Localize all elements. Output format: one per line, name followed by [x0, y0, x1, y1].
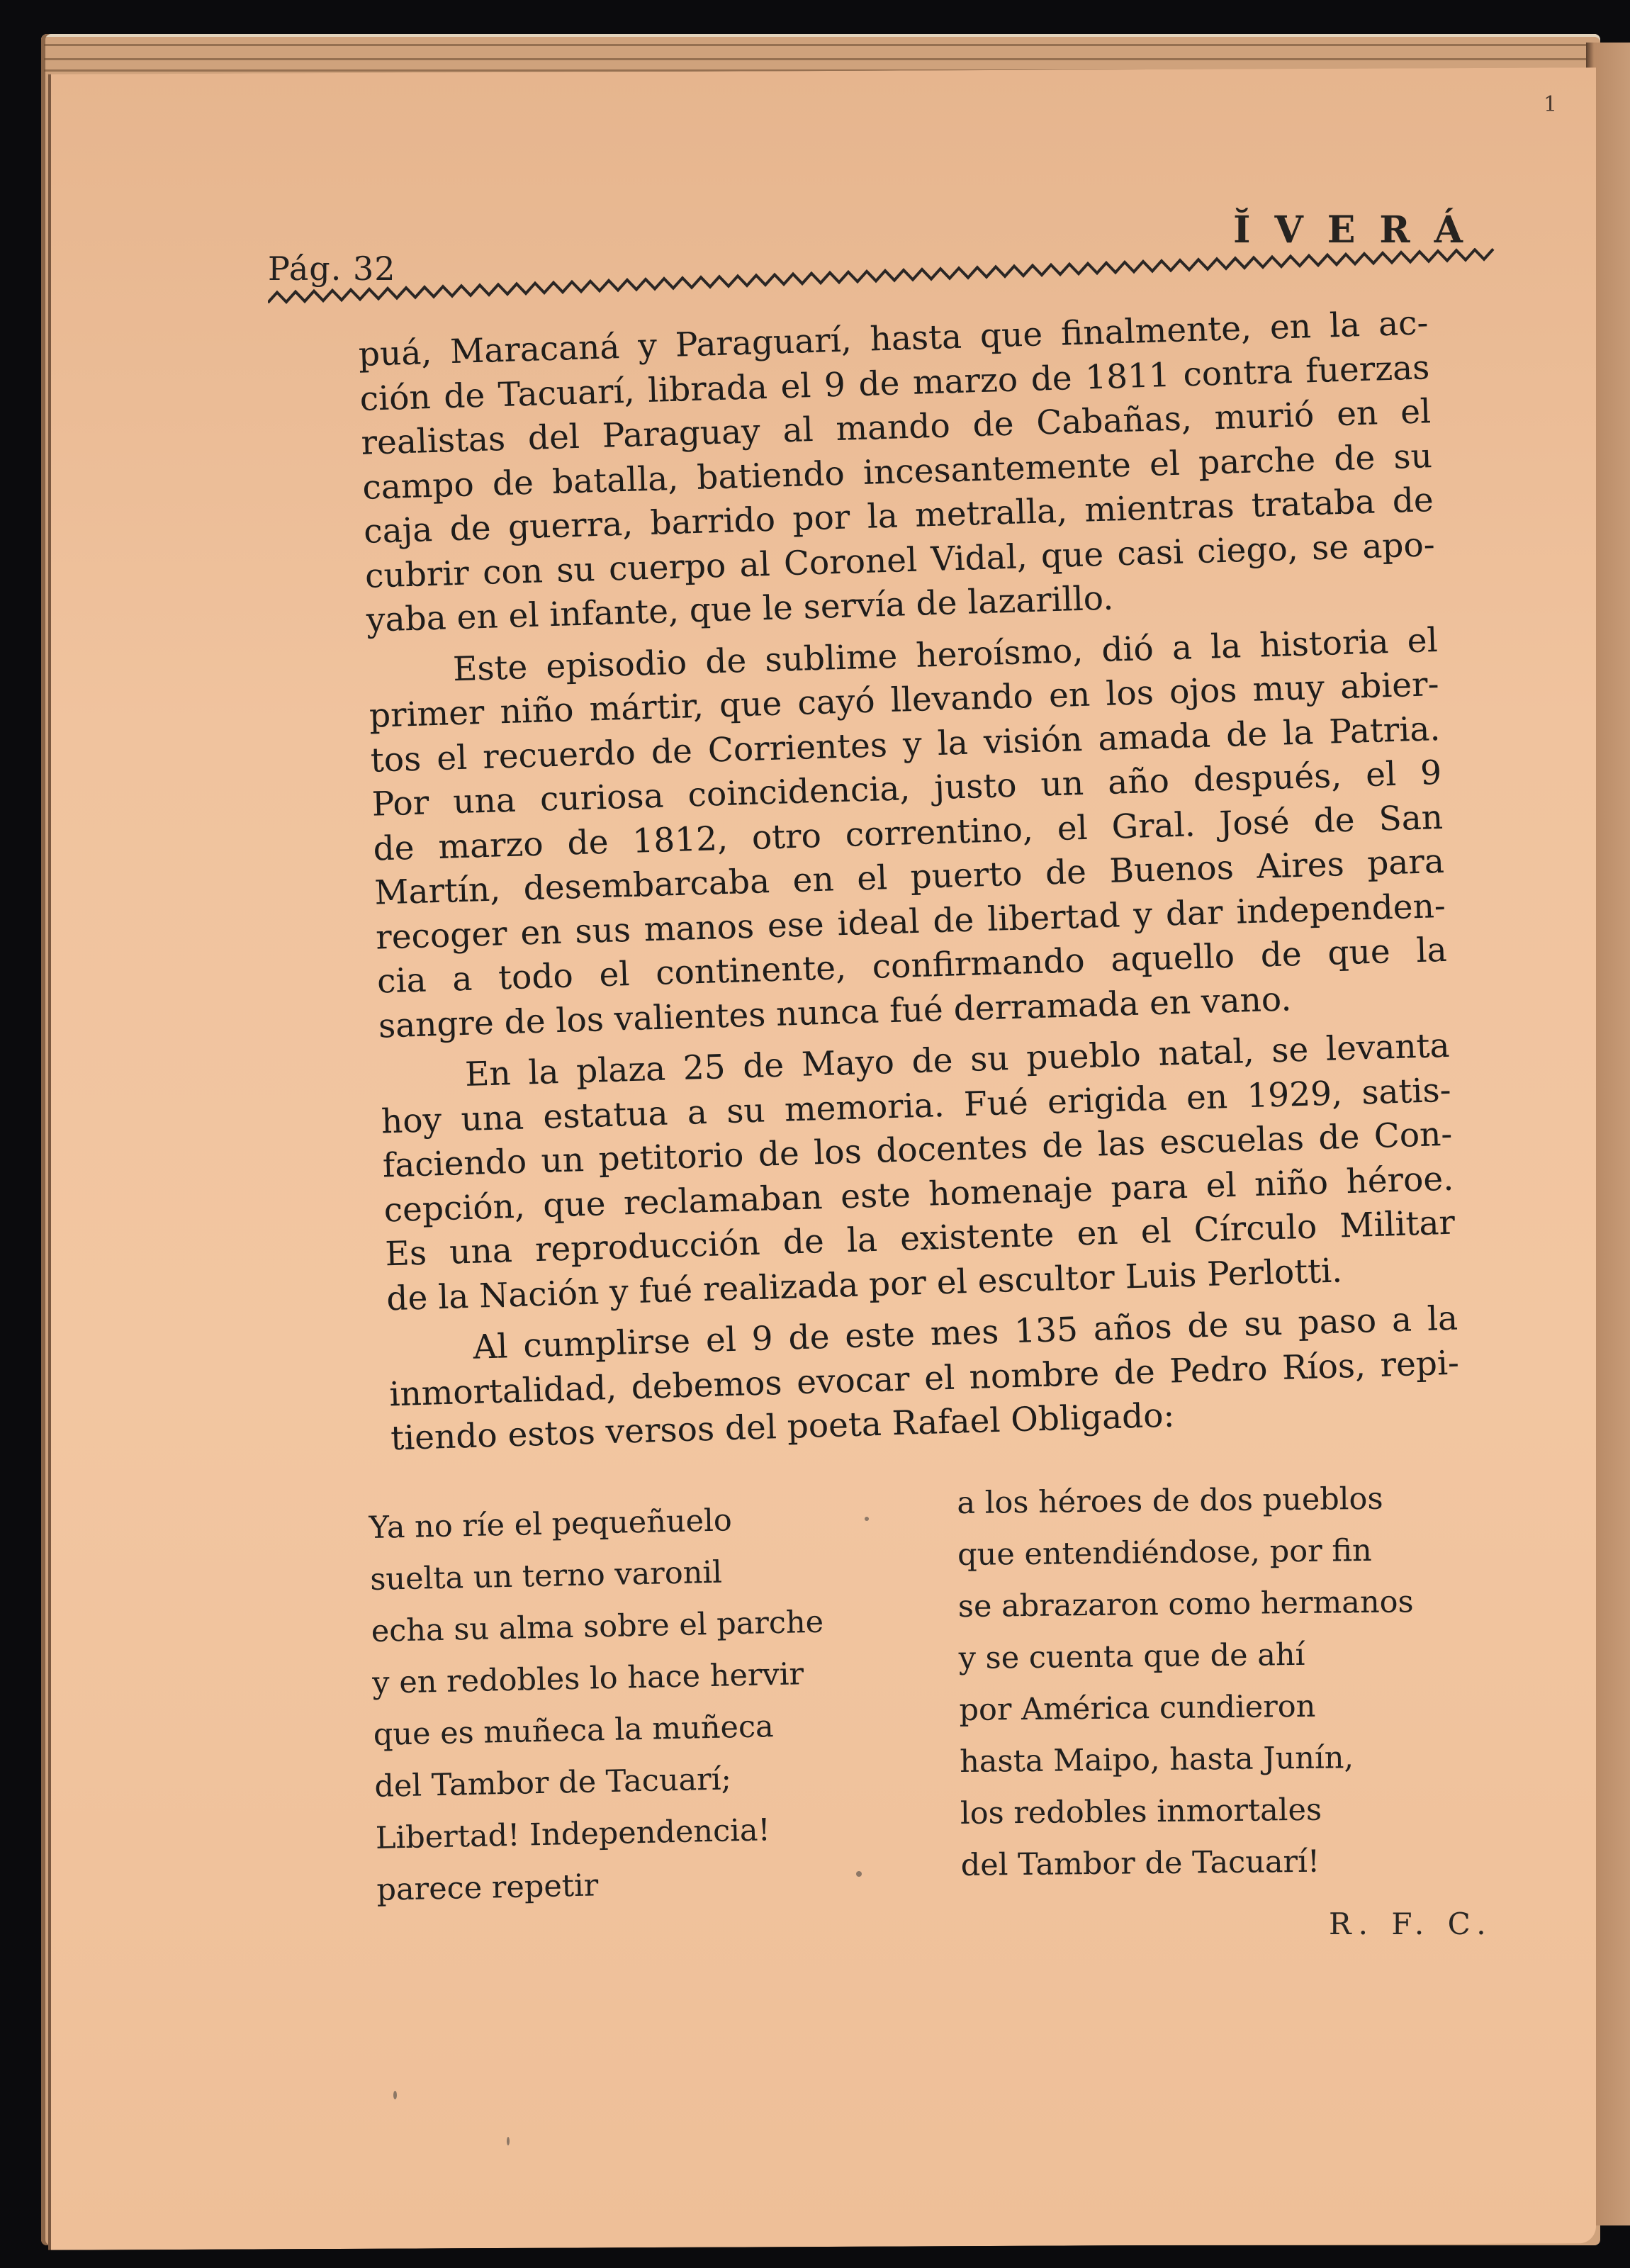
- article-paragraph: Al cumplirse el 9 de este mes 135 años d…: [388, 1297, 1461, 1461]
- poem-verse: que es muñeca la muñeca: [373, 1700, 826, 1761]
- poem-verse: echa su alma sobre el parche: [371, 1597, 824, 1658]
- poem-verse: Ya no ríe el pequeñuelo: [369, 1493, 822, 1554]
- poem-verse: se abrazaron como hermanos: [958, 1576, 1414, 1633]
- poem-verse: del Tambor de Tacuarí!: [960, 1835, 1416, 1892]
- corner-mark: 1: [1544, 92, 1557, 117]
- author-initials: R. F. C.: [1329, 1907, 1493, 1941]
- article-body: puá, Maracaná y Paraguarí, hasta que fin…: [358, 301, 1461, 1469]
- poem-right-column: a los héroes de dos pueblosque entendién…: [957, 1473, 1417, 1892]
- poem-left-column: Ya no ríe el pequeñuelosuelta un terno v…: [369, 1493, 829, 1916]
- publication-title: ĬVERÁ: [1233, 208, 1487, 252]
- poem-verse: que entendiéndose, por fin: [957, 1525, 1413, 1581]
- article-paragraph: Este episodio de sublime heroísmo, dió a…: [367, 619, 1449, 1049]
- paper-speck: [393, 2091, 397, 2099]
- page-header: ĬVERÁ Pág. 32: [268, 206, 1494, 305]
- poem-verse: parece repetir: [376, 1856, 830, 1916]
- poem-verse: por América cundieron: [959, 1680, 1415, 1736]
- poem-verse: del Tambor de Tacuarí;: [374, 1752, 828, 1813]
- page-edge-line: [44, 58, 1587, 60]
- zigzag-rule-icon: [268, 248, 1501, 305]
- poem-verse: y se cuenta que de ahí: [958, 1628, 1414, 1685]
- poem-verse: los redobles inmortales: [960, 1783, 1416, 1840]
- poem-verse: Libertad! Independencia!: [375, 1804, 828, 1865]
- poem-verse: y en redobles lo hace hervir: [372, 1649, 826, 1710]
- article-paragraph: En la plaza 25 de Mayo de su pueblo nata…: [379, 1024, 1456, 1322]
- paper-speck: [507, 2137, 510, 2145]
- article-paragraph: puá, Maracaná y Paraguarí, hasta que fin…: [358, 301, 1437, 643]
- paper-speck: [856, 1871, 862, 1877]
- poem-verse: a los héroes de dos pueblos: [957, 1473, 1412, 1529]
- poem-verse: hasta Maipo, hasta Junín,: [960, 1731, 1415, 1788]
- page-edge-line: [44, 44, 1587, 46]
- poem-verse: suelta un terno varonil: [370, 1545, 824, 1606]
- paper-speck: [865, 1517, 869, 1521]
